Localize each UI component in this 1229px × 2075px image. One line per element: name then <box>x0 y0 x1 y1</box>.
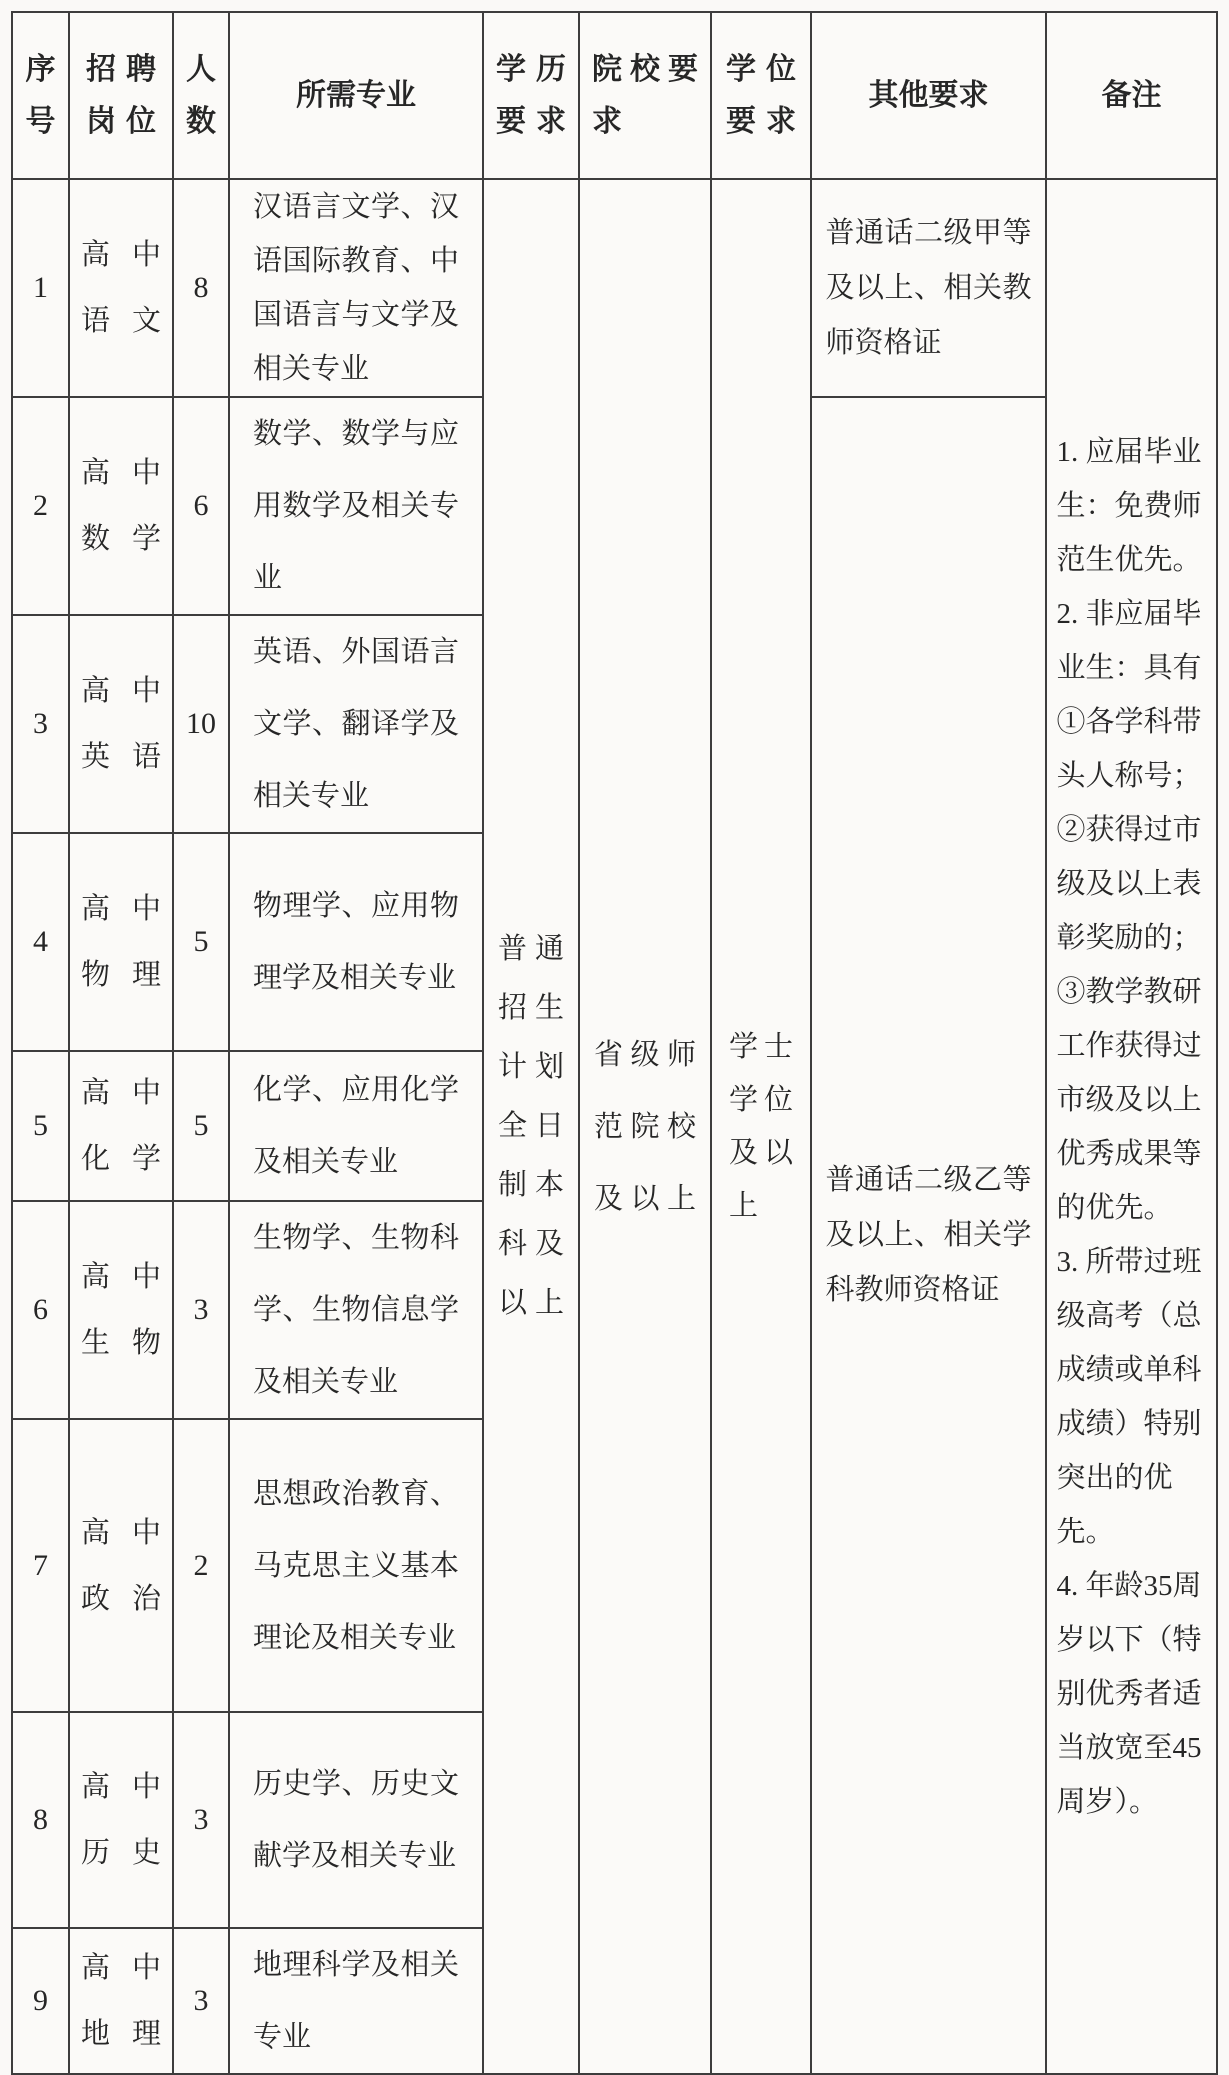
header-major: 所需专业 <box>229 12 483 179</box>
seq-cell: 5 <box>12 1051 69 1201</box>
count-cell: 2 <box>173 1419 229 1712</box>
major-cell: 物理学、应用物理学及相关专业 <box>229 833 483 1051</box>
major-cell: 历史学、历史文献学及相关专业 <box>229 1712 483 1928</box>
education-requirement-value: 普通招生计划全日制本科及以上 <box>498 920 564 1333</box>
major-value: 化学、应用化学及相关专业 <box>253 1054 459 1198</box>
seq-cell: 9 <box>12 1928 69 2074</box>
position-cell: 高中数学 <box>69 397 173 615</box>
position-value: 高中化学 <box>81 1060 161 1192</box>
remark-cell: 1. 应届毕业生：免费师范生优先。 2. 非应届毕业生：具有①各学科带头人称号；… <box>1046 179 1217 2074</box>
header-seq-label: 序号 <box>24 44 58 148</box>
header-remark-label: 备注 <box>1102 79 1162 112</box>
position-value: 高中历史 <box>81 1754 161 1886</box>
major-cell: 汉语言文学、汉语国际教育、中国语言与文学及相关专业 <box>229 179 483 397</box>
header-count-label: 人数 <box>184 44 218 148</box>
position-cell: 高中生物 <box>69 1201 173 1419</box>
major-value: 数学、数学与应用数学及相关专业 <box>253 398 459 614</box>
institution-requirement-value: 省级师范院校及以上 <box>594 1019 696 1235</box>
count-value: 10 <box>186 707 216 740</box>
count-cell: 8 <box>173 179 229 397</box>
seq-value: 9 <box>33 1984 48 2017</box>
major-value: 历史学、历史文献学及相关专业 <box>253 1748 459 1892</box>
header-count: 人数 <box>173 12 229 179</box>
position-cell: 高中化学 <box>69 1051 173 1201</box>
count-cell: 3 <box>173 1201 229 1419</box>
major-value: 地理科学及相关专业 <box>253 1929 459 2073</box>
count-cell: 6 <box>173 397 229 615</box>
recruitment-table: 序号 招聘岗位 人数 所需专业 学历要求 院校要求 学位要求 其他要求 备注 1… <box>11 11 1218 2075</box>
seq-value: 5 <box>33 1109 48 1142</box>
header-position: 招聘岗位 <box>69 12 173 179</box>
header-seq: 序号 <box>12 12 69 179</box>
other-requirement-cell: 普通话二级甲等及以上、相关教师资格证 <box>811 179 1046 397</box>
header-remark: 备注 <box>1046 12 1217 179</box>
position-value: 高中地理 <box>81 1935 161 2067</box>
count-cell: 3 <box>173 1928 229 2074</box>
major-value: 思想政治教育、马克思主义基本理论及相关专业 <box>253 1458 459 1674</box>
major-value: 生物学、生物科学、生物信息学及相关专业 <box>253 1202 459 1418</box>
position-value: 高中英语 <box>81 658 161 790</box>
count-value: 6 <box>194 489 209 522</box>
count-value: 5 <box>194 925 209 958</box>
position-value: 高中数学 <box>81 440 161 572</box>
other-requirement-value: 普通话二级乙等及以上、相关学科教师资格证 <box>826 1153 1032 1318</box>
count-cell: 5 <box>173 1051 229 1201</box>
header-degree-label: 学位要求 <box>726 44 796 148</box>
header-other: 其他要求 <box>811 12 1046 179</box>
header-position-label: 招聘岗位 <box>86 44 156 148</box>
major-value: 物理学、应用物理学及相关专业 <box>253 870 459 1014</box>
seq-cell: 7 <box>12 1419 69 1712</box>
seq-value: 2 <box>33 489 48 522</box>
count-value: 5 <box>194 1109 209 1142</box>
header-education-label: 学历要求 <box>496 44 566 148</box>
major-cell: 思想政治教育、马克思主义基本理论及相关专业 <box>229 1419 483 1712</box>
count-value: 2 <box>194 1549 209 1582</box>
position-value: 高中语文 <box>81 222 161 354</box>
major-cell: 生物学、生物科学、生物信息学及相关专业 <box>229 1201 483 1419</box>
seq-cell: 6 <box>12 1201 69 1419</box>
position-cell: 高中语文 <box>69 179 173 397</box>
position-cell: 高中物理 <box>69 833 173 1051</box>
count-value: 8 <box>194 271 209 304</box>
major-cell: 化学、应用化学及相关专业 <box>229 1051 483 1201</box>
count-value: 3 <box>194 1984 209 2017</box>
seq-cell: 3 <box>12 615 69 833</box>
position-value: 高中物理 <box>81 876 161 1008</box>
count-cell: 10 <box>173 615 229 833</box>
header-institution: 院校要求 <box>579 12 711 179</box>
position-value: 高中政治 <box>81 1500 161 1632</box>
count-value: 3 <box>194 1803 209 1836</box>
major-cell: 数学、数学与应用数学及相关专业 <box>229 397 483 615</box>
header-row: 序号 招聘岗位 人数 所需专业 学历要求 院校要求 学位要求 其他要求 备注 <box>12 12 1217 179</box>
seq-value: 4 <box>33 925 48 958</box>
header-institution-label: 院校要求 <box>592 44 698 148</box>
seq-cell: 8 <box>12 1712 69 1928</box>
header-education: 学历要求 <box>483 12 579 179</box>
major-cell: 地理科学及相关专业 <box>229 1928 483 2074</box>
seq-value: 7 <box>33 1549 48 1582</box>
position-cell: 高中政治 <box>69 1419 173 1712</box>
seq-value: 3 <box>33 707 48 740</box>
header-other-label: 其他要求 <box>869 79 989 112</box>
major-value: 英语、外国语言文学、翻译学及相关专业 <box>253 616 459 832</box>
position-cell: 高中地理 <box>69 1928 173 2074</box>
count-cell: 3 <box>173 1712 229 1928</box>
other-requirement-cell: 普通话二级乙等及以上、相关学科教师资格证 <box>811 397 1046 2074</box>
seq-cell: 1 <box>12 179 69 397</box>
remark-value: 1. 应届毕业生：免费师范生优先。 2. 非应届毕业生：具有①各学科带头人称号；… <box>1057 425 1207 1829</box>
degree-requirement-cell: 学士学位及以上 <box>711 179 811 2074</box>
seq-value: 6 <box>33 1293 48 1326</box>
degree-requirement-value: 学士学位及以上 <box>729 1021 793 1233</box>
seq-value: 8 <box>33 1803 48 1836</box>
count-value: 3 <box>194 1293 209 1326</box>
position-value: 高中生物 <box>81 1244 161 1376</box>
major-cell: 英语、外国语言文学、翻译学及相关专业 <box>229 615 483 833</box>
header-major-label: 所需专业 <box>296 79 416 112</box>
header-degree: 学位要求 <box>711 12 811 179</box>
other-requirement-value: 普通话二级甲等及以上、相关教师资格证 <box>826 206 1032 371</box>
table-row: 1 高中语文 8 汉语言文学、汉语国际教育、中国语言与文学及相关专业 普通招生计… <box>12 179 1217 397</box>
education-requirement-cell: 普通招生计划全日制本科及以上 <box>483 179 579 2074</box>
institution-requirement-cell: 省级师范院校及以上 <box>579 179 711 2074</box>
seq-cell: 4 <box>12 833 69 1051</box>
count-cell: 5 <box>173 833 229 1051</box>
seq-value: 1 <box>33 271 48 304</box>
seq-cell: 2 <box>12 397 69 615</box>
position-cell: 高中英语 <box>69 615 173 833</box>
position-cell: 高中历史 <box>69 1712 173 1928</box>
major-value: 汉语言文学、汉语国际教育、中国语言与文学及相关专业 <box>253 180 459 396</box>
